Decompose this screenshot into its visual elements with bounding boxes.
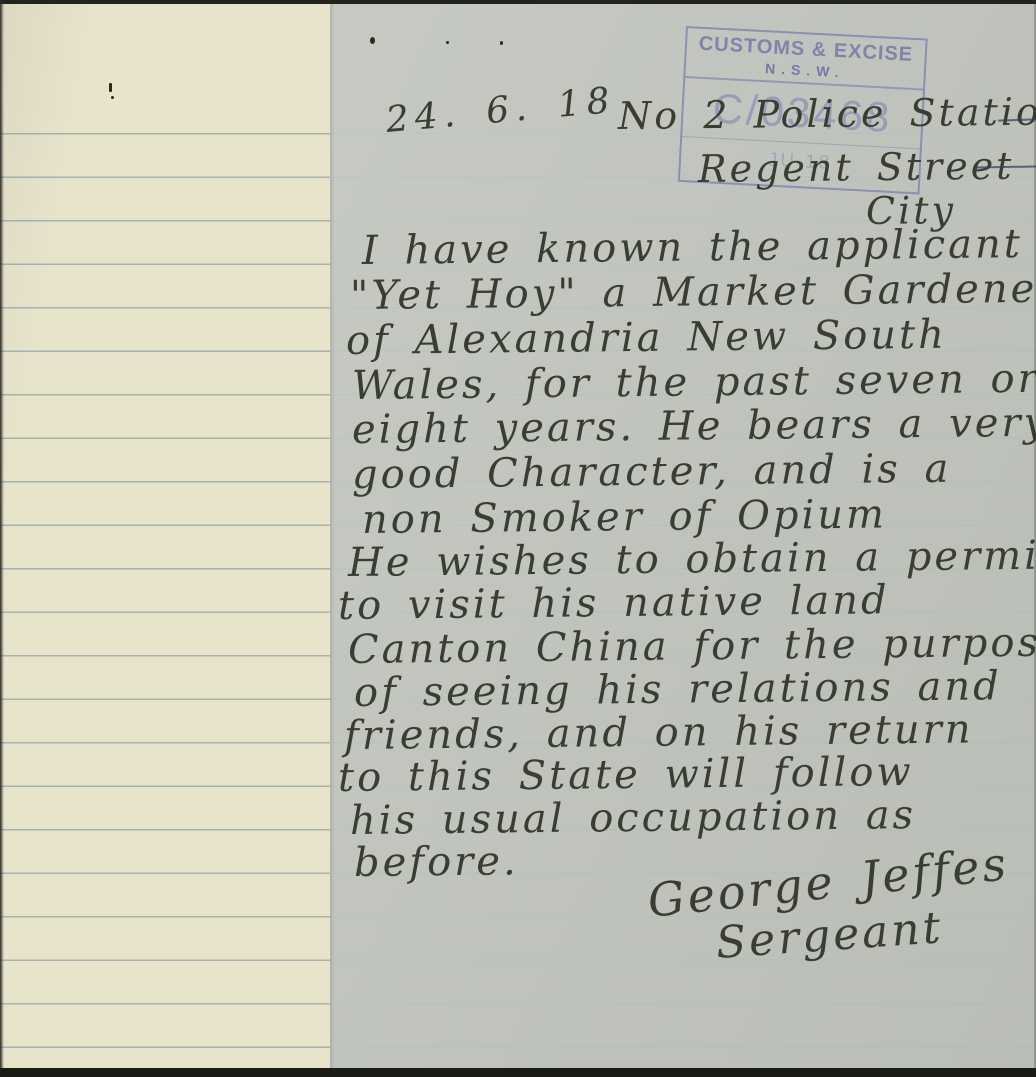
body-line-4: Wales, for the past seven or bbox=[352, 359, 1036, 406]
body-line-10: Canton China for the purpose bbox=[348, 622, 1036, 670]
body-line-6: good Character, and is a bbox=[352, 449, 952, 495]
scanned-letter-document: CUSTOMS & EXCISE N.S.W. C/03468 JU 18 24… bbox=[0, 0, 1036, 1077]
scan-edge-left bbox=[0, 0, 4, 1077]
ink-speck bbox=[500, 41, 503, 45]
scan-edge-bottom bbox=[0, 1068, 1036, 1077]
address-line-2: Regent Street bbox=[698, 147, 1015, 188]
body-line-11: of seeing his relations and bbox=[354, 666, 1002, 713]
address-line-1: No 2 Police Station bbox=[618, 92, 1036, 135]
body-line-5: eight years. He bears a very bbox=[352, 403, 1036, 450]
body-line-2: "Yet Hoy" a Market Gardener bbox=[350, 269, 1036, 316]
body-line-13: to this State will follow bbox=[338, 752, 914, 798]
body-line-1: I have known the applicant bbox=[362, 224, 1023, 271]
body-line-15: before. bbox=[354, 841, 519, 883]
ink-speck bbox=[111, 96, 114, 99]
body-line-8: He wishes to obtain a permit bbox=[348, 536, 1036, 583]
ink-speck bbox=[370, 37, 375, 44]
body-line-9: to visit his native land bbox=[338, 580, 890, 626]
body-line-7: non Smoker of Opium bbox=[362, 495, 887, 540]
ink-speck bbox=[109, 83, 112, 92]
ink-speck bbox=[446, 41, 449, 44]
body-line-14: his usual occupation as bbox=[350, 795, 916, 841]
body-line-3: of Alexandria New South bbox=[346, 315, 947, 361]
scan-edge-top bbox=[0, 0, 1036, 4]
